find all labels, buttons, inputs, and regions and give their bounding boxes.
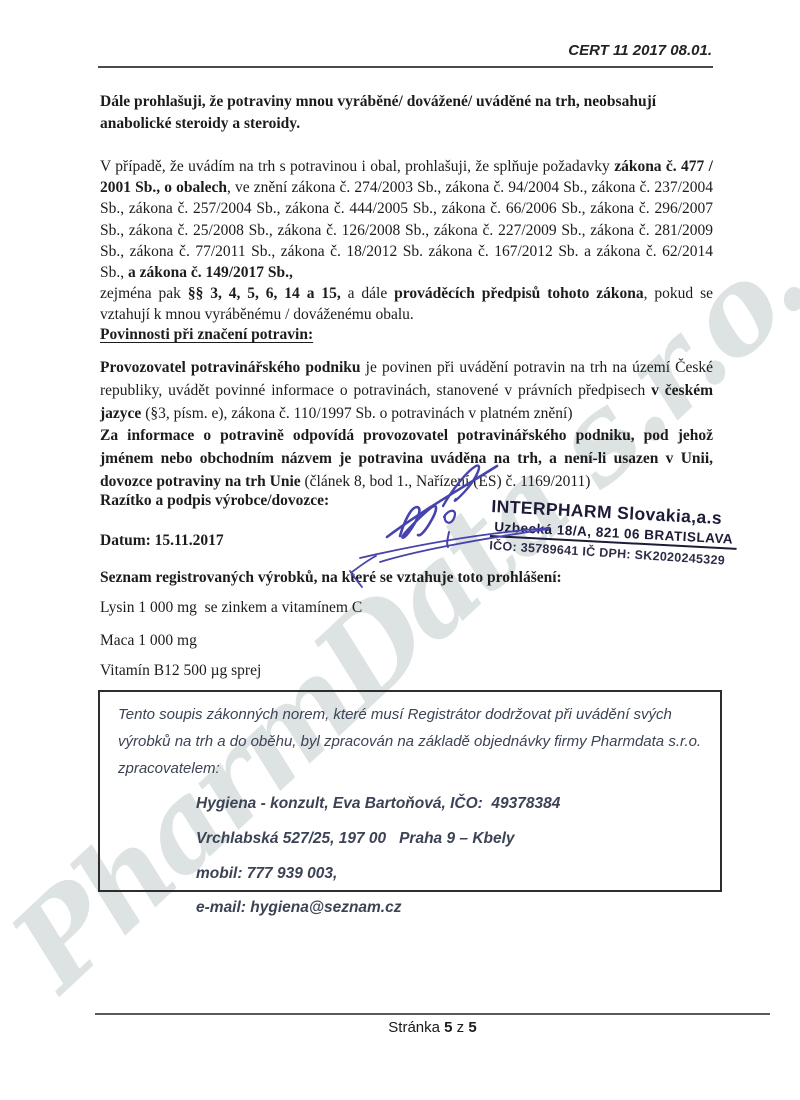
labeling-duties-heading: Povinnosti při značení potravin: bbox=[100, 326, 713, 344]
contact-name: Hygiena - konzult, Eva Bartoňová, IČO: 4… bbox=[196, 795, 720, 813]
declaration-paragraph: Dále prohlašuji, že potraviny mnou vyráb… bbox=[100, 91, 713, 134]
handwritten-signature bbox=[330, 425, 580, 600]
document-code: CERT 11 2017 08.01. bbox=[568, 42, 712, 59]
processor-note-box: Tento soupis zákonných norem, které musí… bbox=[98, 690, 722, 892]
page-number: Stránka 5 z 5 bbox=[95, 1019, 770, 1036]
contact-email: e-mail: hygiena@seznam.cz bbox=[196, 899, 720, 917]
note-intro-text: Tento soupis zákonných norem, které musí… bbox=[118, 701, 706, 782]
document-page: PharmData s.r.o. CERT 11 2017 08.01. Dál… bbox=[0, 0, 800, 1100]
contact-mobile: mobil: 777 939 003, bbox=[196, 865, 720, 883]
contact-address: Vrchlabská 527/25, 197 00 Praha 9 – Kbel… bbox=[196, 830, 720, 848]
footer-rule bbox=[95, 1013, 770, 1015]
product-item: Vitamín B12 500 µg sprej bbox=[100, 662, 261, 680]
product-item: Maca 1 000 mg bbox=[100, 632, 197, 650]
header-rule bbox=[98, 66, 713, 68]
product-item: Lysin 1 000 mg se zinkem a vitamínem C bbox=[100, 599, 362, 617]
packaging-law-paragraph: V případě, že uvádím na trh s potravinou… bbox=[100, 156, 713, 326]
